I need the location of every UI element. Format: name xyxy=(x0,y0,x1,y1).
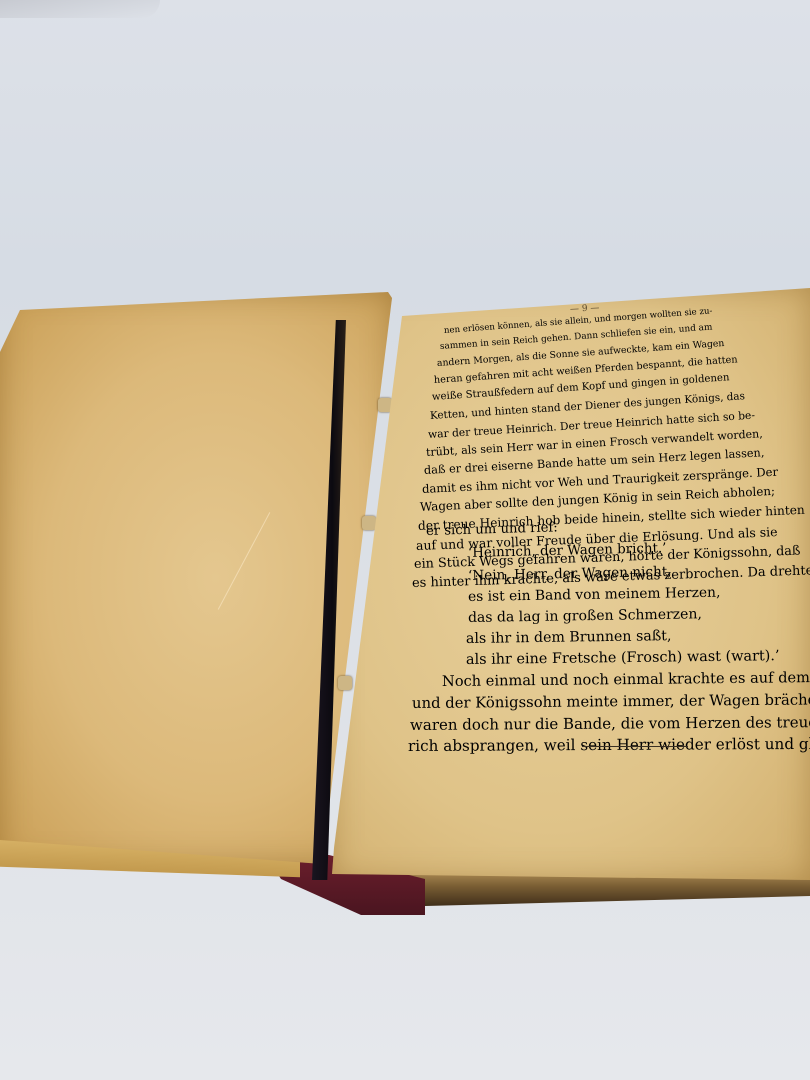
binding-thread xyxy=(362,516,376,530)
open-book: — 9 — nen erlösen können, als sie allein… xyxy=(0,0,810,1080)
text-line: rich absprangen, weil sein Herr wieder e… xyxy=(408,735,810,755)
text-line: waren doch nur die Bande, die vom Herzen… xyxy=(410,713,810,734)
page-number: — 9 — xyxy=(570,303,600,315)
binding-thread xyxy=(378,398,392,412)
binding-thread xyxy=(338,676,352,690)
text-line: und der Königssohn meinte immer, der Wag… xyxy=(412,691,810,712)
verse-line: als ihr in dem Brunnen saßt, xyxy=(466,628,672,647)
end-rule xyxy=(582,746,688,747)
